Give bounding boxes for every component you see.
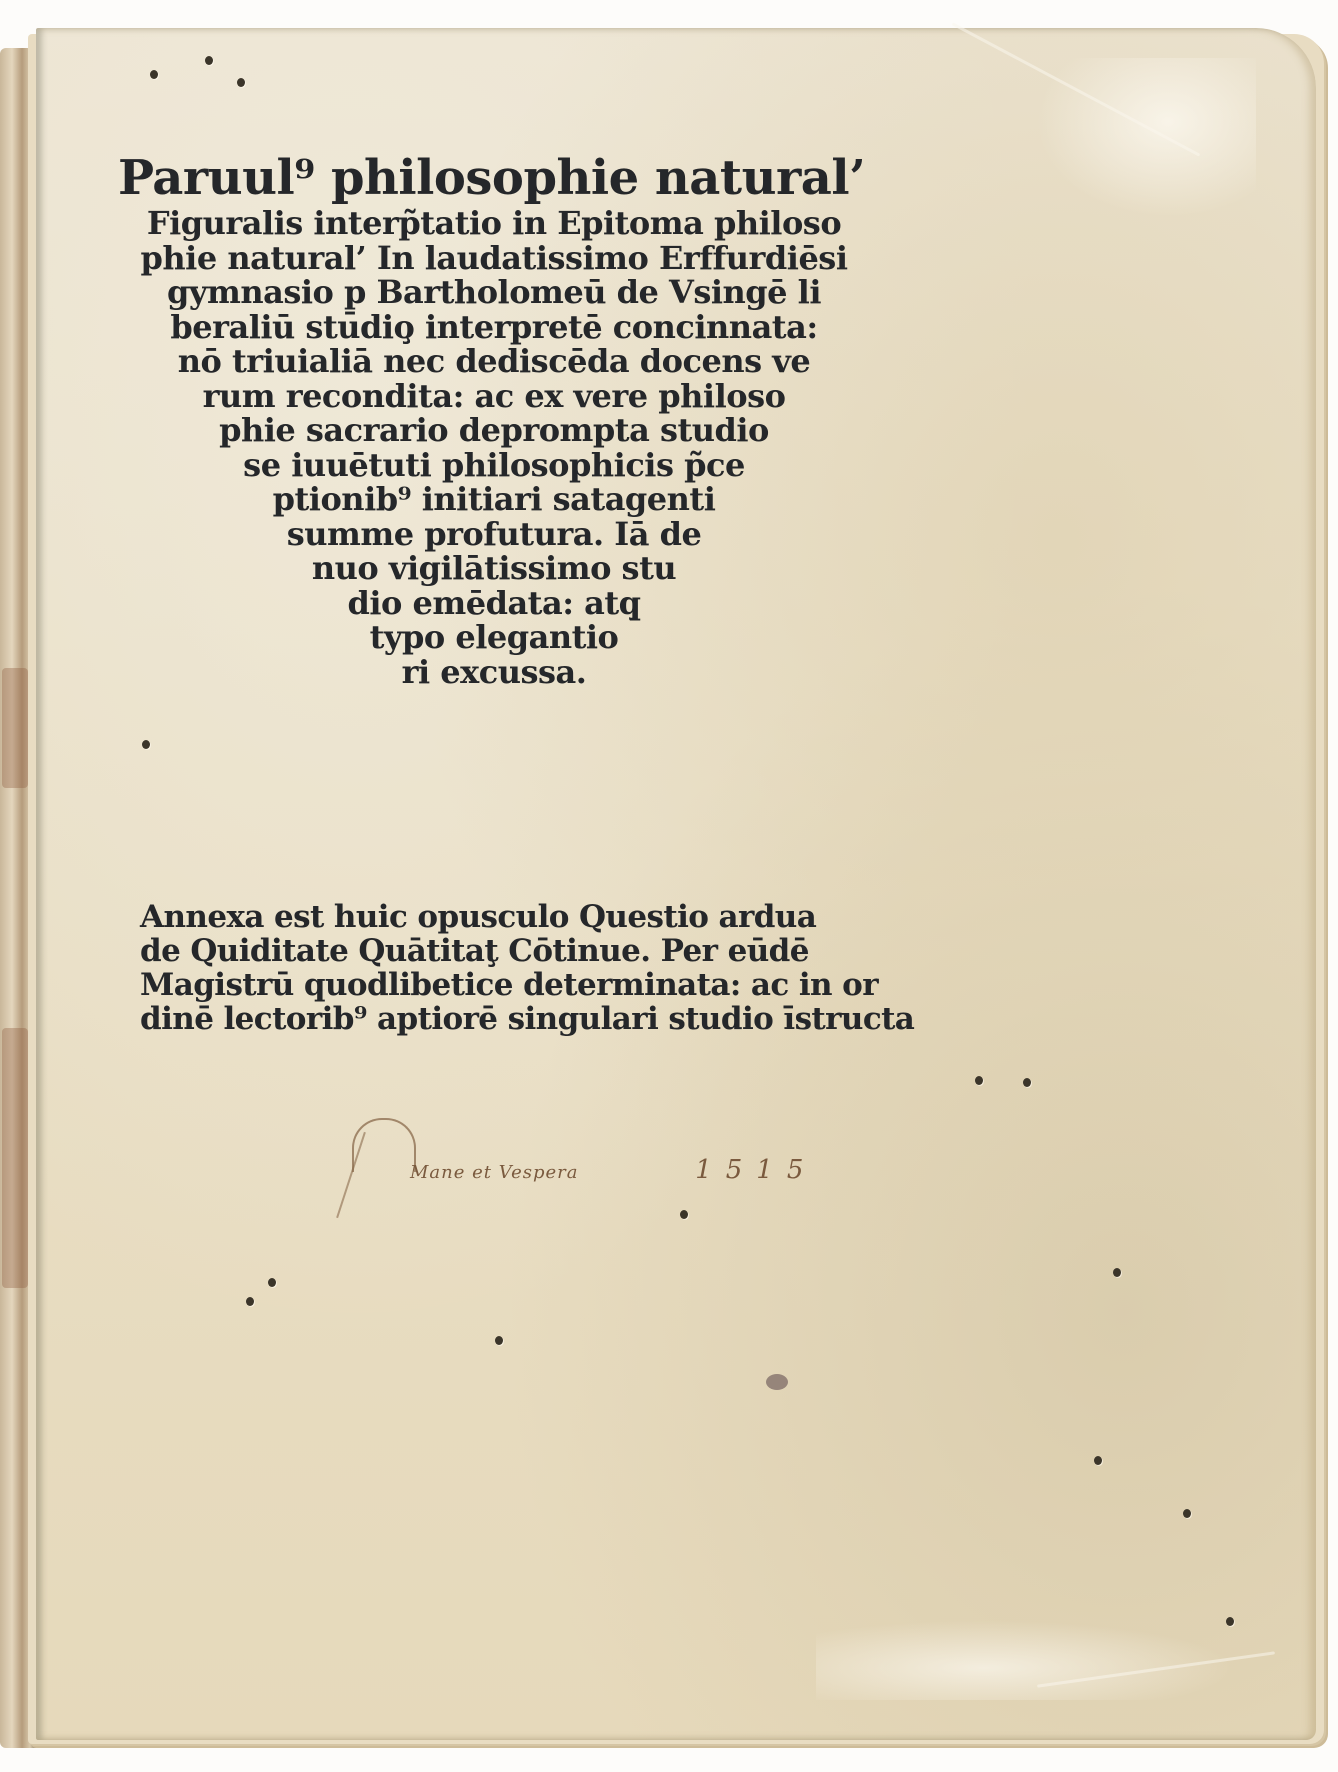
binding-stain: [2, 1028, 28, 1288]
title-text-line: typo elegantio: [104, 620, 884, 655]
worm-hole: [1183, 1509, 1191, 1518]
worm-hole: [237, 78, 245, 87]
title-text-line: summe profutura. Iā de: [104, 517, 884, 552]
title-text-line: gymnasio p̱ Bartholomeū de Vsingē li: [104, 275, 884, 310]
title-text-line: ptionib⁹ initiari satagenti: [104, 482, 884, 517]
paper-repair: [816, 1620, 1236, 1700]
handwritten-year: 1515: [695, 1155, 817, 1185]
title-text-line: ri excussa.: [104, 655, 884, 690]
worm-hole: [680, 1210, 688, 1219]
worm-hole: [205, 56, 213, 65]
worm-hole: [1226, 1617, 1234, 1626]
worm-hole: [975, 1076, 983, 1085]
main-title: Paruul⁹ philosophie natural’: [118, 150, 884, 206]
title-text-line: nuo vigilātissimo stu: [104, 551, 884, 586]
title-text-line: se iuuētuti philosophicis p̃ce: [104, 448, 884, 483]
printed-title: Paruul⁹ philosophie natural’ Figuralis i…: [104, 150, 884, 689]
ink-stain: [766, 1374, 788, 1390]
worm-hole: [495, 1336, 503, 1345]
handwritten-note: Mane et Vespera 1515: [380, 1155, 817, 1185]
worm-hole: [1094, 1456, 1102, 1465]
worm-hole: [150, 70, 158, 79]
title-text-line: phie natural’ In laudatissimo Erffurdiē…: [104, 241, 884, 276]
paper-repair: [1036, 58, 1256, 218]
worm-hole: [142, 740, 150, 749]
title-text-line: beraliū studio̧̧ interpretē concinnata:: [104, 310, 884, 345]
worm-hole: [268, 1278, 276, 1287]
title-text-line: rum recondita: ac ex vere philoso: [104, 379, 884, 414]
handwritten-text: Mane et Vespera: [410, 1162, 578, 1183]
worm-hole: [246, 1297, 254, 1306]
title-text-line: phie sacrario deprompta studio: [104, 413, 884, 448]
title-text-line: nō triuialiā nec dediscēda docens ve: [104, 344, 884, 379]
annex-text-line: Annexa est huic opusculo Questio ardua: [140, 900, 860, 934]
title-text-line: Figuralis interp̃tatio in Epitoma philos…: [104, 206, 884, 241]
annex-text-line: de Quiditate Quātitaţ Cōtinue. Per eu…: [140, 934, 860, 968]
worm-hole: [1023, 1078, 1031, 1087]
annex-paragraph: Annexa est huic opusculo Questio ardua d…: [140, 900, 860, 1036]
annex-text-line: dinē lectorib⁹ aptiorē singulari studi…: [140, 1002, 860, 1036]
annex-text-line: Magistrū quodlibetice determinata: ac i…: [140, 968, 860, 1002]
binding-stain: [2, 668, 28, 788]
title-text-line: dio emēdata: atq̧: [104, 586, 884, 621]
worm-hole: [1113, 1268, 1121, 1277]
